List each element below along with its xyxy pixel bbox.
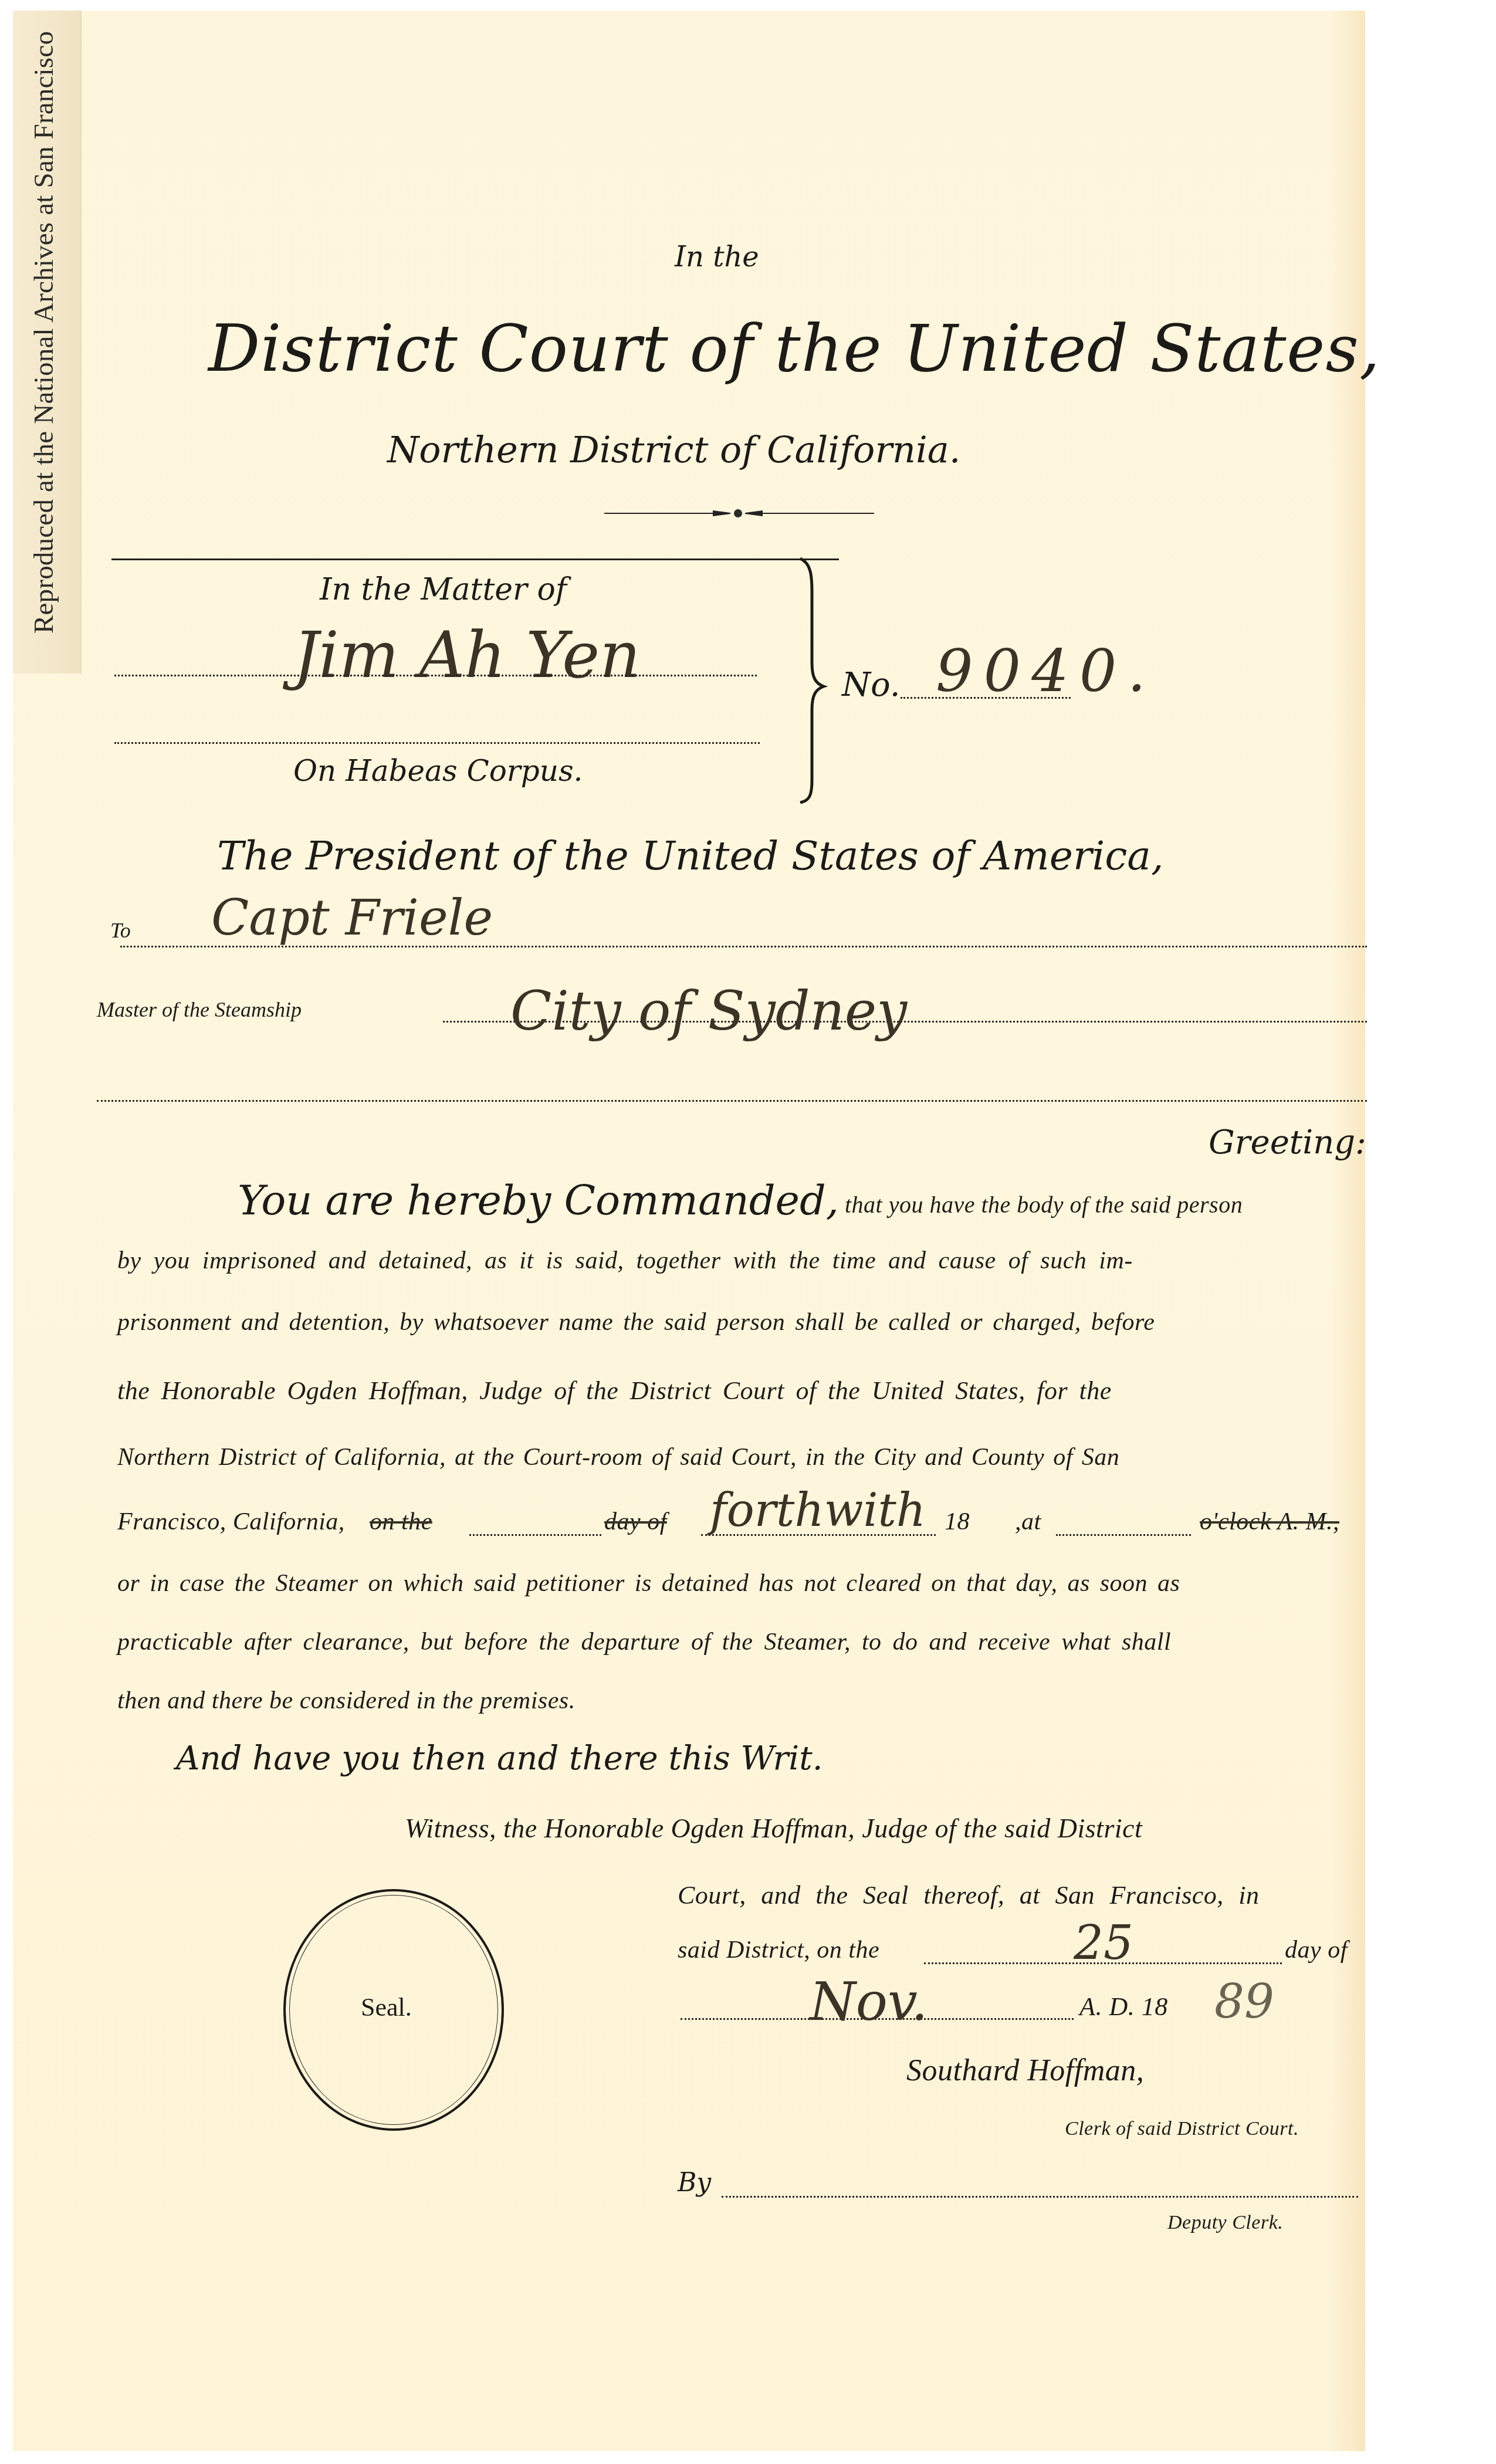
ornament-icon <box>604 507 874 519</box>
caption-brace <box>798 557 833 804</box>
seal-circle: Seal. <box>283 1889 504 2131</box>
proceeding-label: On Habeas Corpus. <box>293 754 583 788</box>
clerk-name: Southard Hoffman, <box>906 2053 1144 2088</box>
deputy-signature-line <box>722 2196 1358 2198</box>
time-blank-line <box>1056 1534 1191 1536</box>
petitioner-line-1 <box>114 675 757 676</box>
header-in-the: In the <box>675 241 759 273</box>
at-label: ,at <box>1015 1508 1041 1536</box>
matter-label: In the Matter of <box>320 572 567 607</box>
by-label: By <box>678 2168 711 2198</box>
command-line-3: prisonment and detention, by whatsoever … <box>117 1308 1155 1336</box>
curly-brace-icon <box>798 557 833 804</box>
master-line-2 <box>97 1100 1367 1102</box>
struck-on-the: on the <box>370 1508 432 1536</box>
witness-line-2: Court, and the Seal thereof, at San Fran… <box>678 1880 1260 1910</box>
ornament-divider <box>604 507 874 519</box>
court-title: District Court of the United States, <box>208 311 1380 386</box>
master-label: Master of the Steamship <box>97 997 302 1022</box>
command-line-4: the Honorable Ogden Hoffman, Judge of th… <box>117 1376 1112 1406</box>
master-value: City of Sydney <box>510 980 907 1043</box>
president-salutation: The President of the United States of Am… <box>217 833 1164 879</box>
after-line-1: or in case the Steamer on which said pet… <box>117 1569 1180 1597</box>
greeting-label: Greeting: <box>1209 1123 1366 1162</box>
struck-oclock: o'clock A. M., <box>1200 1508 1339 1536</box>
witness-year-value: 89 <box>1214 1974 1274 2029</box>
to-label: To <box>110 918 131 943</box>
district-title: Northern District of California. <box>387 428 961 471</box>
clerk-title: Clerk of said District Court. <box>1065 2118 1299 2140</box>
witness-line-3-prefix: said District, on the <box>678 1936 879 1964</box>
date-line-prefix: Francisco, California, <box>117 1508 345 1536</box>
year-prefix: 18 <box>945 1508 970 1536</box>
commanded-lead: You are hereby Commanded, <box>238 1176 839 1224</box>
ad-label: A. D. 18 <box>1079 1992 1168 2022</box>
writ-clause: And have you then and there this Writ. <box>176 1739 823 1778</box>
witness-day-value: 25 <box>1074 1915 1133 1970</box>
petitioner-line-2 <box>114 742 760 744</box>
seal-label: Seal. <box>361 1992 412 2022</box>
case-number-value: 9040. <box>936 637 1156 705</box>
command-line-1: that you have the body of the said perso… <box>845 1191 1243 1219</box>
to-value: Capt Friele <box>211 889 493 946</box>
witness-line-1: Witness, the Honorable Ogden Hoffman, Ju… <box>405 1813 1142 1844</box>
after-line-3: then and there be considered in the prem… <box>117 1687 576 1715</box>
witness-line-3-suffix: day of <box>1285 1936 1348 1964</box>
after-line-2: practicable after clearance, but before … <box>117 1628 1171 1656</box>
case-number-label: No. <box>842 666 901 704</box>
day-blank-line <box>469 1534 601 1536</box>
command-line-5: Northern District of California, at the … <box>117 1443 1119 1471</box>
petitioner-name: Jim Ah Yen <box>293 619 641 692</box>
caption-top-rule <box>111 559 839 560</box>
deputy-title: Deputy Clerk. <box>1167 2212 1283 2234</box>
command-line-2: by you imprisoned and detained, as it is… <box>117 1247 1133 1275</box>
archive-stamp-text: Reproduced at the National Archives at S… <box>28 31 60 634</box>
handwritten-forthwith: forthwith <box>710 1484 926 1537</box>
struck-day-of: day of <box>604 1508 667 1536</box>
witness-month-value: Nov. <box>810 1971 928 2033</box>
